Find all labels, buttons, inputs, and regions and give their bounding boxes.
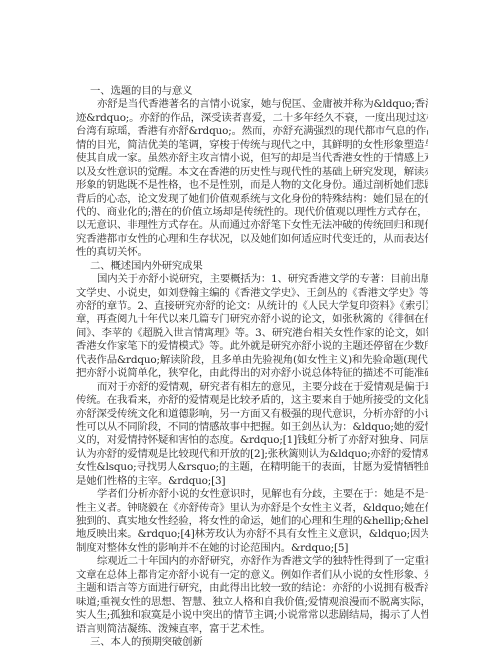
paragraph-line: 综观近二十年国内的亦舒研究，亦舒作为香港文学的独特性得到了一定重视，这些研究 <box>76 555 428 568</box>
paragraph-line: 性的真切关怀。 <box>76 246 428 259</box>
paragraph-line: 以及女性意识的觉醒。本文在香港的历史性与现代性的基础上研究发现，解读亦舒小说女性 <box>76 166 428 179</box>
paragraph-line: 文学史、小说史，如刘登翰主编的《香港文学史》、王剑丛的《香港文学史》等，都有研究 <box>76 287 428 300</box>
paragraph-line: 语言则简洁凝练、泼辣直率，富于艺术性。 <box>76 623 428 636</box>
paragraph-line: 独到的、真实地女性经验，将女性的命运，她们的心理和生理的&hellip;&hel… <box>76 515 428 528</box>
paragraph-line: 香港女作家笔下的爱情模式》等。此外就是研究亦舒小说的主题还停留在少数所谓&ldq… <box>76 340 428 353</box>
paragraph-line: 亦舒深受传统文化和道德影响，另一方面又有极强的现代意识，分析亦舒的小说，这种矛盾 <box>76 408 428 421</box>
paragraph-line: 地反映出来。&rdquo;[4]林芳玫认为亦舒不具有女性主义意识，&ldquo;… <box>76 528 428 541</box>
paragraph-line: 形象的钥匙既不是性格，也不是性别，而是人物的文化身份。通过剖析她们悲剧性生存体验 <box>76 179 428 192</box>
section-heading: 二、概述国内外研究成果 <box>76 260 428 273</box>
document-page: 一、选题的目的与意义 亦舒是当代香港著名的言情小说家，她与倪匡、金庸被并称为&l… <box>76 85 428 649</box>
paragraph-line: 性可以从不同阶段，不同的情感故事中把握。如王剑丛认为：&ldquo;她的爱情观是… <box>76 421 428 434</box>
paragraph-line: 迹&rdquo;。亦舒的作品，深受读者喜爱，二十多年经久不衰，一度出现过这样的说… <box>76 112 428 125</box>
paragraph-line: 代表作品&rdquo;解读阶段，且多单由先验视角(如女性主义)和先验命题(现代人… <box>76 354 428 367</box>
section-heading: 一、选题的目的与意义 <box>76 85 428 98</box>
paragraph-line: 制度对整体女性的影响并不在她的讨论范围内。&rdquo;[5] <box>76 542 428 555</box>
paragraph-line: 台湾有琼瑶，香港有亦舒&rdquo;。然而，亦舒充满强烈的现代都市气息的作品，以… <box>76 125 428 138</box>
paragraph-line: 味道;重视女性的思想、智慧、独立人格和自我价值;爱情观浪漫而不脱离实际，敢于直面… <box>76 596 428 609</box>
paragraph-line: 认为亦舒的爱情观是比较现代和开放的[2];张秋篱则认为&ldquo;亦舒的爱情观… <box>76 448 428 461</box>
paragraph-line: 亦舒的章节。2、直接研究亦舒的论文：从统计的《人民大学复印资料》《索引》中提及的… <box>76 300 428 313</box>
paragraph-line: 究香港都市女性的心理和生存状况，以及她们如何适应时代变迁的，从而表达作家对这一女 <box>76 233 428 246</box>
paragraph-line: 主题和语言等方面进行研究，由此得出比较一致的结论：亦舒的小说拥有极香港和极都市的 <box>76 582 428 595</box>
paragraph-line: 传统。在我看来，亦舒的爱情观是比较矛盾的，这主要来自于她所接受的文化影响，一方面 <box>76 394 428 407</box>
paragraph-line: 以无意识、非理性方式存在。从而通过亦舒笔下女性无法冲破的传统回归和现代的叛逆来探 <box>76 219 428 232</box>
paragraph-line: 而对于亦舒的爱情观，研究者有相左的意见，主要分歧在于爱情观是偏于现代还是偏于 <box>76 381 428 394</box>
paragraph-line: 是她们性格的主宰。&rdquo;[3] <box>76 475 428 488</box>
paragraph-line: 间》、李苹的《超脱入世言情寓理》等。3、研究港台相关女性作家的论文，如钟晓毅的《… <box>76 327 428 340</box>
paragraph-line: 文章在总体上都肯定亦舒小说有一定的意义。例如作者们从小说的女性形象、爱情观、思想 <box>76 569 428 582</box>
paragraph-line: 女性&lsquo;寻找男人&rsquo;的主题，在精明能干的表面，甘愿为爱情牺牲… <box>76 461 428 474</box>
paragraph-line: 章，再查阅九十年代以来几篇专门研究亦舒小说的论文，如张秋篱的《徘徊在传统与现代之 <box>76 313 428 326</box>
paragraph-line: 亦舒是当代香港著名的言情小说家，她与倪匡、金庸被并称为&ldquo;香港文坛三大… <box>76 98 428 111</box>
paragraph-line: 实人生;孤独和寂寞是小说中突出的情节主调;小说常常以悲剧结局，揭示了人性深层的悲… <box>76 609 428 622</box>
paragraph-line: 国内关于亦舒小说研究，主要概括为：1、研究香港文学的专著：目前出版的几部香港 <box>76 273 428 286</box>
paragraph-line: 学者们分析亦舒小说的女性意识时，见解也有分歧，主要在于：她是不是一个自觉的女 <box>76 488 428 501</box>
paragraph-line: 背后的心态，论文发现了她们价值观系统与文化身份的特殊结构：她们显在的价值立场是现 <box>76 193 428 206</box>
paragraph-line: 代的、商业化的;潜在的价值立场却是传统性的。现代价值观以理性方式存在，传统价值观 <box>76 206 428 219</box>
paragraph-line: 情的目光，简洁优美的笔调，穿梭于传统与现代之中，其鲜明的女性形象塑造与艺术感染力 <box>76 139 428 152</box>
paragraph-line: 使其自成一家。虽然亦舒主攻言情小说，但写的却是当代香港女性的于情感上对人生的思考… <box>76 152 428 165</box>
paragraph-line: 把亦舒小说简单化，狭窄化，由此得出的对亦舒小说总体特征的描述不可能准确。 <box>76 367 428 380</box>
paragraph-line: 性主义者。钟晓毅在《亦舒传奇》里认为亦舒是个女性主义者，&ldquo;她在作品中… <box>76 502 428 515</box>
paragraph-line: 义的，对爱情持怀疑和害怕的态度。&rdquo;[1]钱虹分析了亦舒对独身、同居等… <box>76 434 428 447</box>
section-heading: 三、本人的预期突破创新 <box>76 636 428 649</box>
